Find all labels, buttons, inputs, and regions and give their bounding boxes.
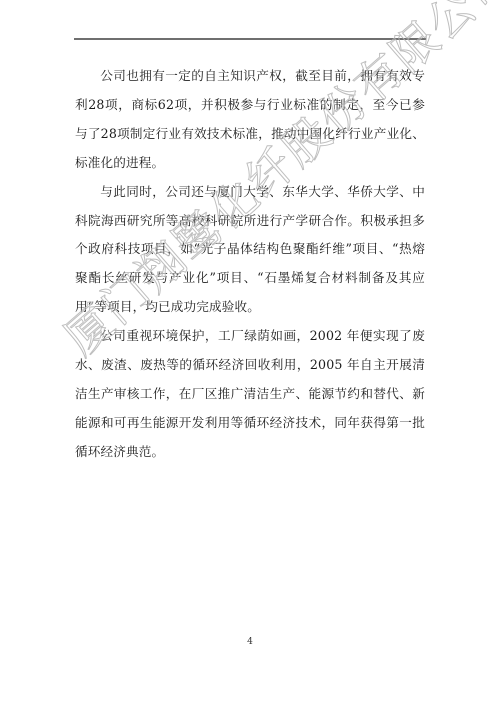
body-text: 公司也拥有一定的自主知识产权，截至目前，拥有有效专利28项，商标62项，并积极参… xyxy=(75,62,425,467)
paragraph-environmental-protection: 公司重视环境保护，工厂绿荫如画，2002 年便实现了废水、废渣、废热等的循环经济… xyxy=(75,322,425,467)
page-number: 4 xyxy=(0,637,500,647)
paragraph-intellectual-property: 公司也拥有一定的自主知识产权，截至目前，拥有有效专利28项，商标62项，并积极参… xyxy=(75,62,425,178)
document-page: 公司也拥有一定的自主知识产权，截至目前，拥有有效专利28项，商标62项，并积极参… xyxy=(0,0,500,707)
paragraph-research-cooperation: 与此同时，公司还与厦门大学、东华大学、华侨大学、中科院海西研究所等高校科研院所进… xyxy=(75,178,425,323)
header-rule xyxy=(74,38,426,40)
